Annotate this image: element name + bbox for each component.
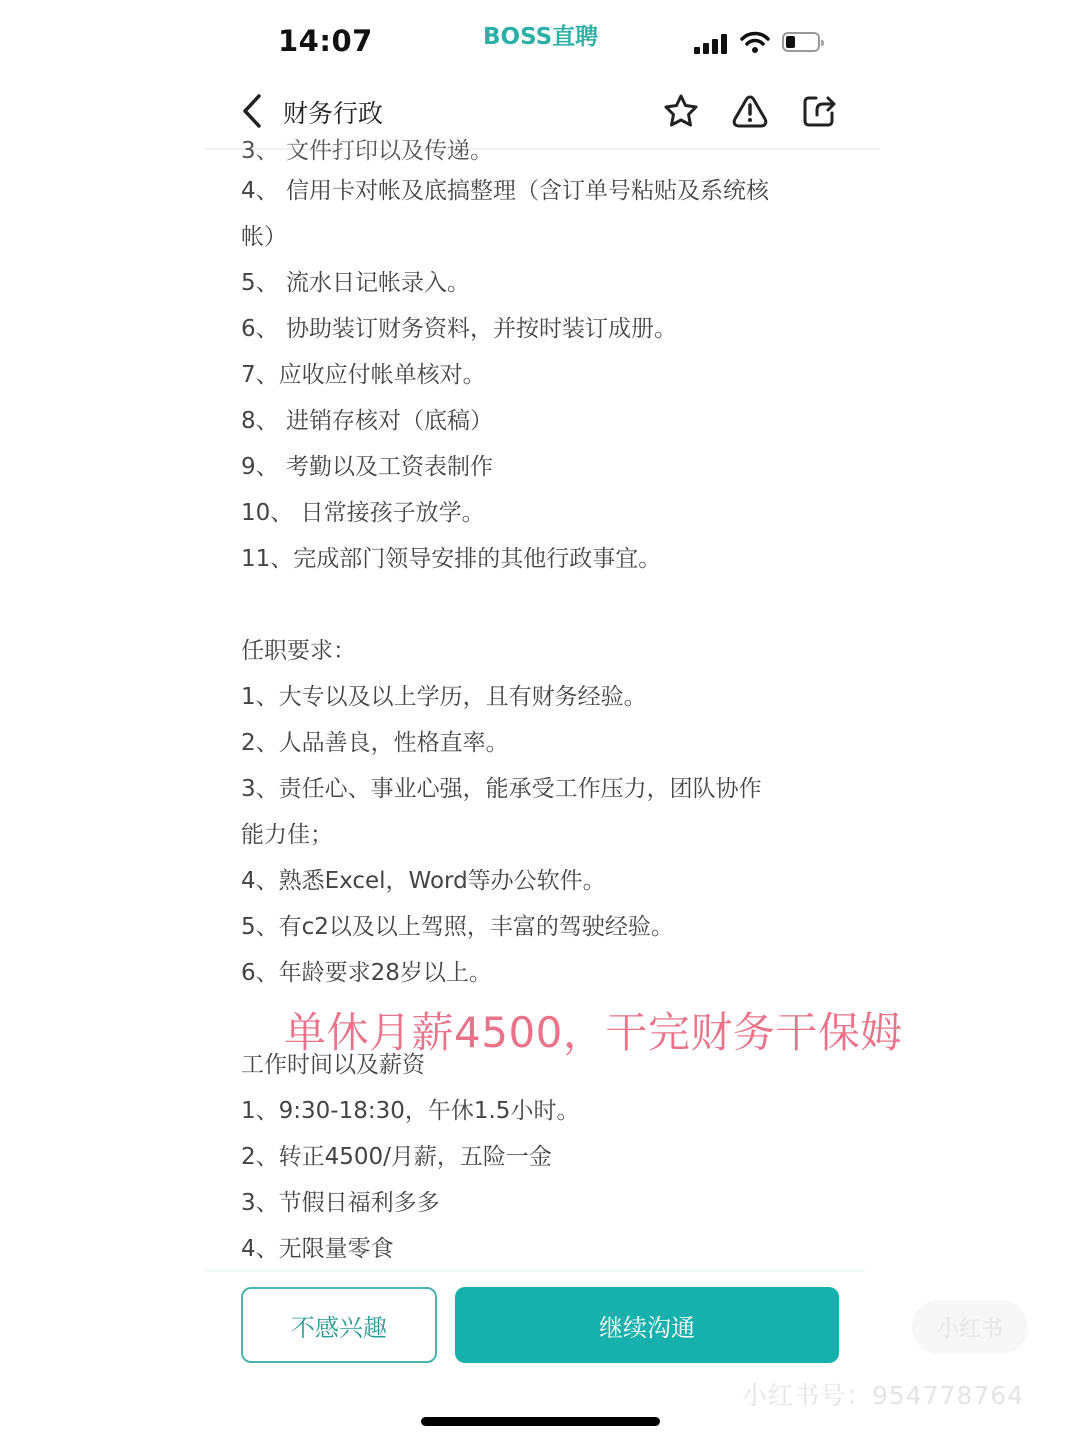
report-button[interactable] [732,93,768,129]
duty-item: 4、 信用卡对帐及底搞整理（含订单号粘贴及系统核 [241,168,861,214]
favorite-button[interactable] [663,93,699,129]
hours-salary-item: 4、无限量零食 [241,1226,861,1272]
continue-chat-button[interactable]: 继续沟通 [455,1287,839,1363]
duty-item: 5、 流水日记帐录入。 [241,260,861,306]
footer-divider [205,1270,865,1272]
watermark-id: 小红书号：954778764 [742,1376,1024,1412]
annotation-overlay: 单休月薪4500，干完财务干保姆 [284,1000,903,1060]
duty-item: 8、 进销存核对（底稿） [241,398,861,444]
requirement-item: 3、责任心、事业心强，能承受工作压力，团队协作 [241,766,861,812]
hours-salary-item: 3、节假日福利多多 [241,1180,861,1226]
duty-item: 帐） [241,214,861,260]
watermark-badge: 小红书 [912,1300,1028,1354]
status-time: 14:07 [278,24,373,58]
not-interested-button[interactable]: 不感兴趣 [241,1287,437,1363]
requirement-item: 4、熟悉Excel，Word等办公软件。 [241,858,861,904]
duty-item: 9、 考勤以及工资表制作 [241,444,861,490]
duty-item: 10、 日常接孩子放学。 [241,490,861,536]
back-button[interactable] [240,93,264,129]
requirements-heading: 任职要求： [241,628,861,674]
duty-item: 6、 协助装订财务资料，并按时装订成册。 [241,306,861,352]
hours-salary-item: 1、9:30-18:30，午休1.5小时。 [241,1088,861,1134]
share-icon [801,93,837,129]
requirement-item: 1、大专以及以上学历，且有财务经验。 [241,674,861,720]
chevron-left-icon [240,93,264,129]
app-brand-label: BOSS直聘 [483,18,598,51]
star-icon [663,93,699,129]
requirement-item: 能力佳； [241,812,861,858]
duty-item-partial: 3、 文件打印以及传递。 [241,138,861,166]
hours-salary-item: 2、转正4500/月薪，五险一金 [241,1134,861,1180]
requirement-item: 5、有c2以及以上驾照，丰富的驾驶经验。 [241,904,861,950]
share-button[interactable] [801,93,837,129]
requirement-item: 2、人品善良，性格直率。 [241,720,861,766]
duty-item: 11、完成部门领导安排的其他行政事宜。 [241,536,861,582]
page-title: 财务行政 [283,94,383,130]
job-description-scroll[interactable]: 3、 文件打印以及传递。 4、 信用卡对帐及底搞整理（含订单号粘贴及系统核 帐）… [241,150,861,1272]
home-indicator[interactable] [421,1417,660,1426]
cellular-signal-icon [694,34,730,54]
battery-icon [782,32,820,52]
warning-triangle-icon [732,93,768,129]
duty-item: 7、应收应付帐单核对。 [241,352,861,398]
wifi-icon [740,30,770,54]
requirement-item: 6、年龄要求28岁以上。 [241,950,861,996]
